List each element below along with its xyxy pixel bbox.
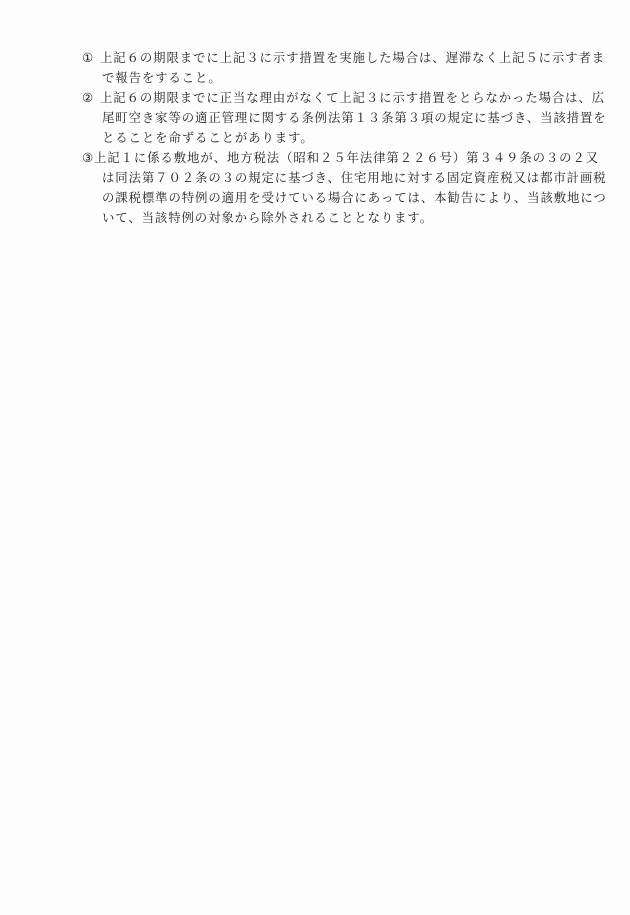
note-marker: ① [82, 48, 94, 68]
note-item-2: ②上記６の期限までに正当な理由がなくて上記３に示す措置をとらなかった場合は、広 … [82, 88, 614, 148]
note-text: 上記６の期限までに上記３に示す措置を実施した場合は、遅滞なく上記５に示す者ま [100, 50, 605, 65]
note-line: ①上記６の期限までに上記３に示す措置を実施した場合は、遅滞なく上記５に示す者ま [82, 48, 614, 68]
note-line: で報告をすること。 [82, 68, 614, 88]
document-page: ①上記６の期限までに上記３に示す措置を実施した場合は、遅滞なく上記５に示す者ま … [0, 0, 630, 915]
note-line: ②上記６の期限までに正当な理由がなくて上記３に示す措置をとらなかった場合は、広 [82, 88, 614, 108]
note-text: 上記６の期限までに正当な理由がなくて上記３に示す措置をとらなかった場合は、広 [100, 90, 605, 105]
note-line: の課税標準の特例の適用を受けている場合にあっては、本勧告により、当該敷地につ [82, 188, 614, 208]
note-line: とることを命ずることがあります。 [82, 128, 614, 148]
note-line: は同法第７０２条の３の規定に基づき、住宅用地に対する固定資産税又は都市計画税 [82, 168, 614, 188]
note-text: 上記１に係る敷地が、地方税法（昭和２５年法律第２２６号）第３４９条の３の２又 [94, 150, 599, 165]
note-line: ③上記１に係る敷地が、地方税法（昭和２５年法律第２２６号）第３４９条の３の２又 [82, 148, 614, 168]
note-line: いて、当該特例の対象から除外されることとなります。 [82, 208, 614, 228]
note-line: 尾町空き家等の適正管理に関する条例法第１３条第３項の規定に基づき、当該措置を [82, 108, 614, 128]
note-item-3: ③上記１に係る敷地が、地方税法（昭和２５年法律第２２６号）第３４９条の３の２又 … [82, 148, 614, 228]
notes-list: ①上記６の期限までに上記３に示す措置を実施した場合は、遅滞なく上記５に示す者ま … [82, 48, 614, 228]
note-marker: ③ [82, 148, 94, 168]
note-item-1: ①上記６の期限までに上記３に示す措置を実施した場合は、遅滞なく上記５に示す者ま … [82, 48, 614, 88]
note-marker: ② [82, 88, 94, 108]
